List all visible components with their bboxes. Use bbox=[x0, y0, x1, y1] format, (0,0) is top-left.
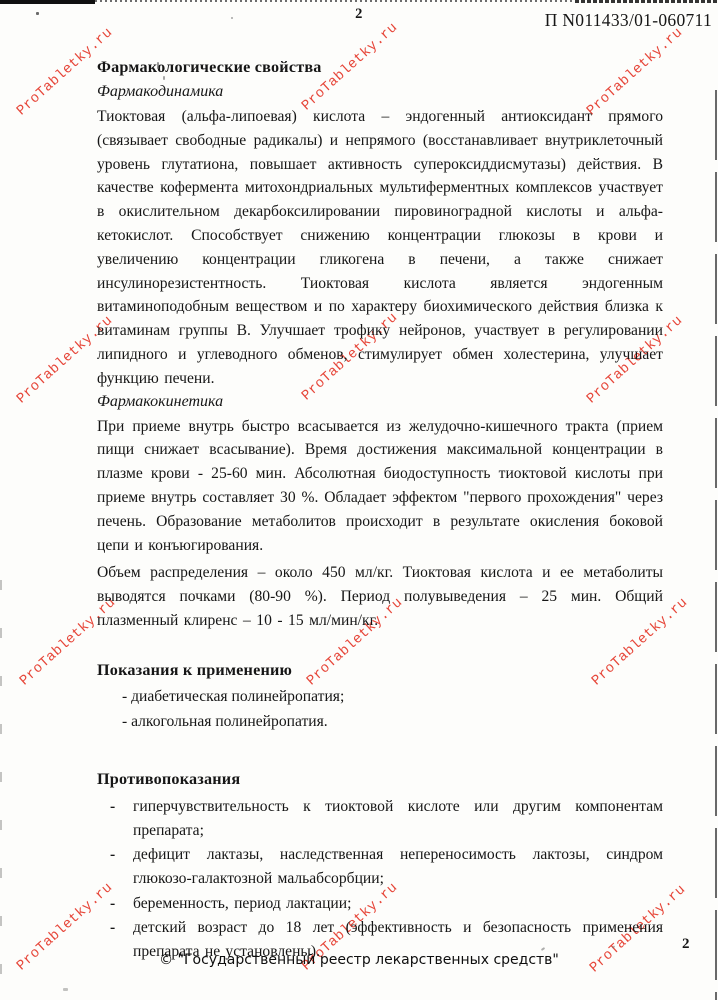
scan-edge-top-solid bbox=[0, 0, 95, 4]
scan-speck bbox=[163, 76, 165, 80]
footer-copyright: © "Государственный реестр лекарственных … bbox=[0, 952, 718, 968]
paragraph-pharmacodynamics: Тиоктовая (альфа-липоевая) кислота – энд… bbox=[97, 105, 663, 391]
paragraph-pharmacokinetics-1: При приеме внутрь быстро всасывается из … bbox=[97, 415, 663, 558]
section-heading-indications: Показания к применению bbox=[97, 661, 663, 680]
list-dash-marker: - bbox=[110, 795, 115, 819]
list-item: - беременность, период лактации; bbox=[97, 892, 663, 916]
list-item: - диабетическая полинейропатия; bbox=[97, 684, 663, 709]
scan-speck bbox=[63, 988, 68, 991]
scan-edge-left-dashes bbox=[0, 580, 2, 1000]
list-item: - алкогольная полинейропатия. bbox=[97, 709, 663, 734]
text-column: Фармакологические свойства Фармакодинами… bbox=[97, 58, 663, 964]
subheading-pharmacokinetics: Фармакокинетика bbox=[97, 393, 663, 411]
list-item-text: гиперчувствительность к тиоктовой кислот… bbox=[133, 798, 663, 839]
list-item: - гиперчувствительность к тиоктовой кисл… bbox=[97, 795, 663, 843]
scan-edge-right-line bbox=[715, 90, 717, 1000]
section-heading-pharmacology: Фармакологические свойства bbox=[97, 58, 663, 77]
list-item-text: беременность, период лактации; bbox=[133, 895, 351, 912]
scanned-document-page: ProTabletky.ru ProTabletky.ru ProTabletk… bbox=[0, 0, 718, 1000]
scan-speck bbox=[36, 12, 39, 15]
section-heading-contraindications: Противопоказания bbox=[97, 770, 663, 789]
subheading-pharmacodynamics: Фармакодинамика bbox=[97, 83, 663, 101]
scan-edge-top-dotted bbox=[95, 0, 575, 2]
scan-speck bbox=[231, 17, 233, 19]
list-dash-marker: - bbox=[110, 916, 115, 940]
indications-list: - диабетическая полинейропатия; - алкого… bbox=[97, 684, 663, 734]
list-item: - дефицит лактазы, наследственная непере… bbox=[97, 843, 663, 891]
list-dash-marker: - bbox=[110, 843, 115, 867]
scan-speck bbox=[157, 62, 159, 69]
contraindications-list: - гиперчувствительность к тиоктовой кисл… bbox=[97, 795, 663, 964]
paragraph-pharmacokinetics-2: Объем распределения – около 450 мл/кг. Т… bbox=[97, 561, 663, 632]
list-item-text: дефицит лактазы, наследственная неперено… bbox=[133, 846, 663, 887]
document-content: 2 П N011433/01-060711 Фармакологические … bbox=[0, 0, 718, 1000]
scan-edge-top-dark bbox=[575, 0, 718, 3]
page-number-bottom: 2 bbox=[682, 936, 690, 953]
list-dash-marker: - bbox=[110, 892, 115, 916]
registration-number: П N011433/01-060711 bbox=[545, 10, 712, 31]
